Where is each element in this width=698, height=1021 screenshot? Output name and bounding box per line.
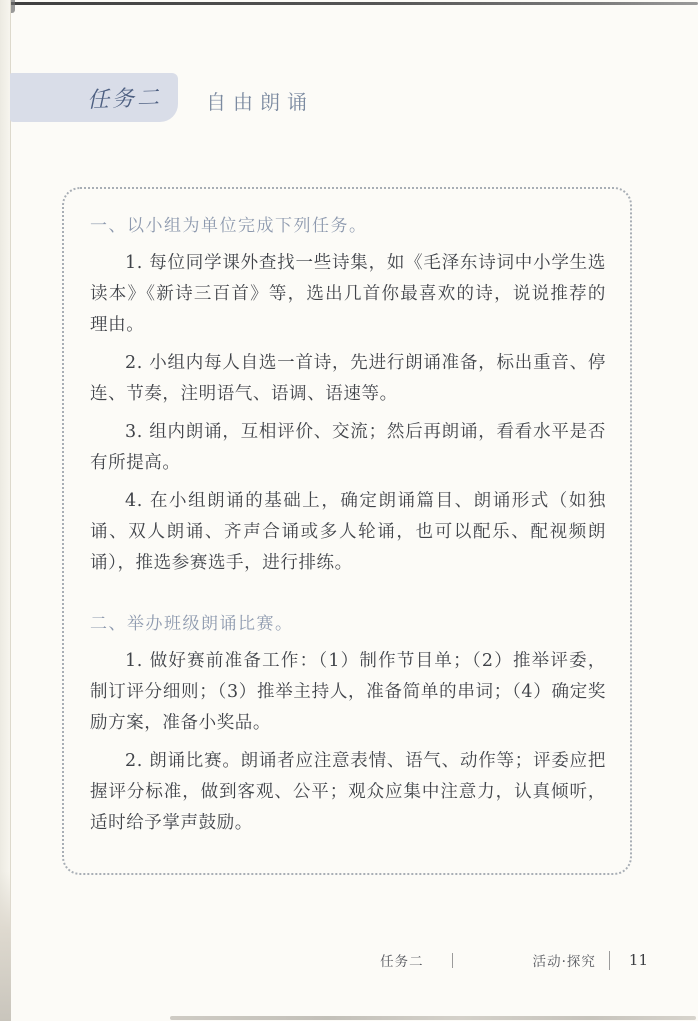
section-one-item: 1. 每位同学课外查找一些诗集，如《毛泽东诗词中小学生选读本》《新诗三百首》等，… <box>90 248 606 341</box>
footer-task-label: 任务二 <box>380 950 424 970</box>
section-one-item: 2. 小组内每人自选一首诗，先进行朗诵准备，标出重音、停连、节奏，注明语气、语调… <box>90 348 606 410</box>
scan-edge-bottom <box>170 1016 696 1020</box>
page-number: 11 <box>629 951 648 969</box>
footer-unit-label: 活动·探究 <box>533 950 596 970</box>
footer-divider <box>609 951 610 970</box>
section-two-item: 2. 朗诵比赛。朗诵者应注意表情、语气、动作等；评委应把握评分标准，做到客观、公… <box>90 746 606 839</box>
section-two-heading: 二、举办班级朗诵比赛。 <box>90 609 606 634</box>
section-one-item: 4. 在小组朗诵的基础上，确定朗诵篇目、朗诵形式（如独诵、双人朗诵、齐声合诵或多… <box>90 486 606 579</box>
section-one-heading: 一、以小组为单位完成下列任务。 <box>90 211 606 236</box>
section-one-item: 3. 组内朗诵，互相评价、交流；然后再朗诵，看看水平是否有所提高。 <box>90 417 606 479</box>
section-two-item: 1. 做好赛前准备工作：（1）制作节目单；（2）推举评委，制订评分细则；（3）推… <box>90 646 606 739</box>
scan-edge-left <box>0 0 11 1021</box>
page-footer: 任务二 活动·探究 11 <box>0 948 648 972</box>
task-box: 一、以小组为单位完成下列任务。 1. 每位同学课外查找一些诗集，如《毛泽东诗词中… <box>62 187 632 875</box>
task-tab-label: 任务二 <box>86 81 162 115</box>
task-tab: 任务二 <box>10 73 178 122</box>
page-title: 自由朗诵 <box>206 86 314 115</box>
scan-edge-top <box>4 2 698 5</box>
footer-divider <box>452 953 453 968</box>
textbook-page: 任务二 自由朗诵 一、以小组为单位完成下列任务。 1. 每位同学课外查找一些诗集… <box>0 0 698 1021</box>
scan-edge-left-bottom <box>0 871 11 1021</box>
